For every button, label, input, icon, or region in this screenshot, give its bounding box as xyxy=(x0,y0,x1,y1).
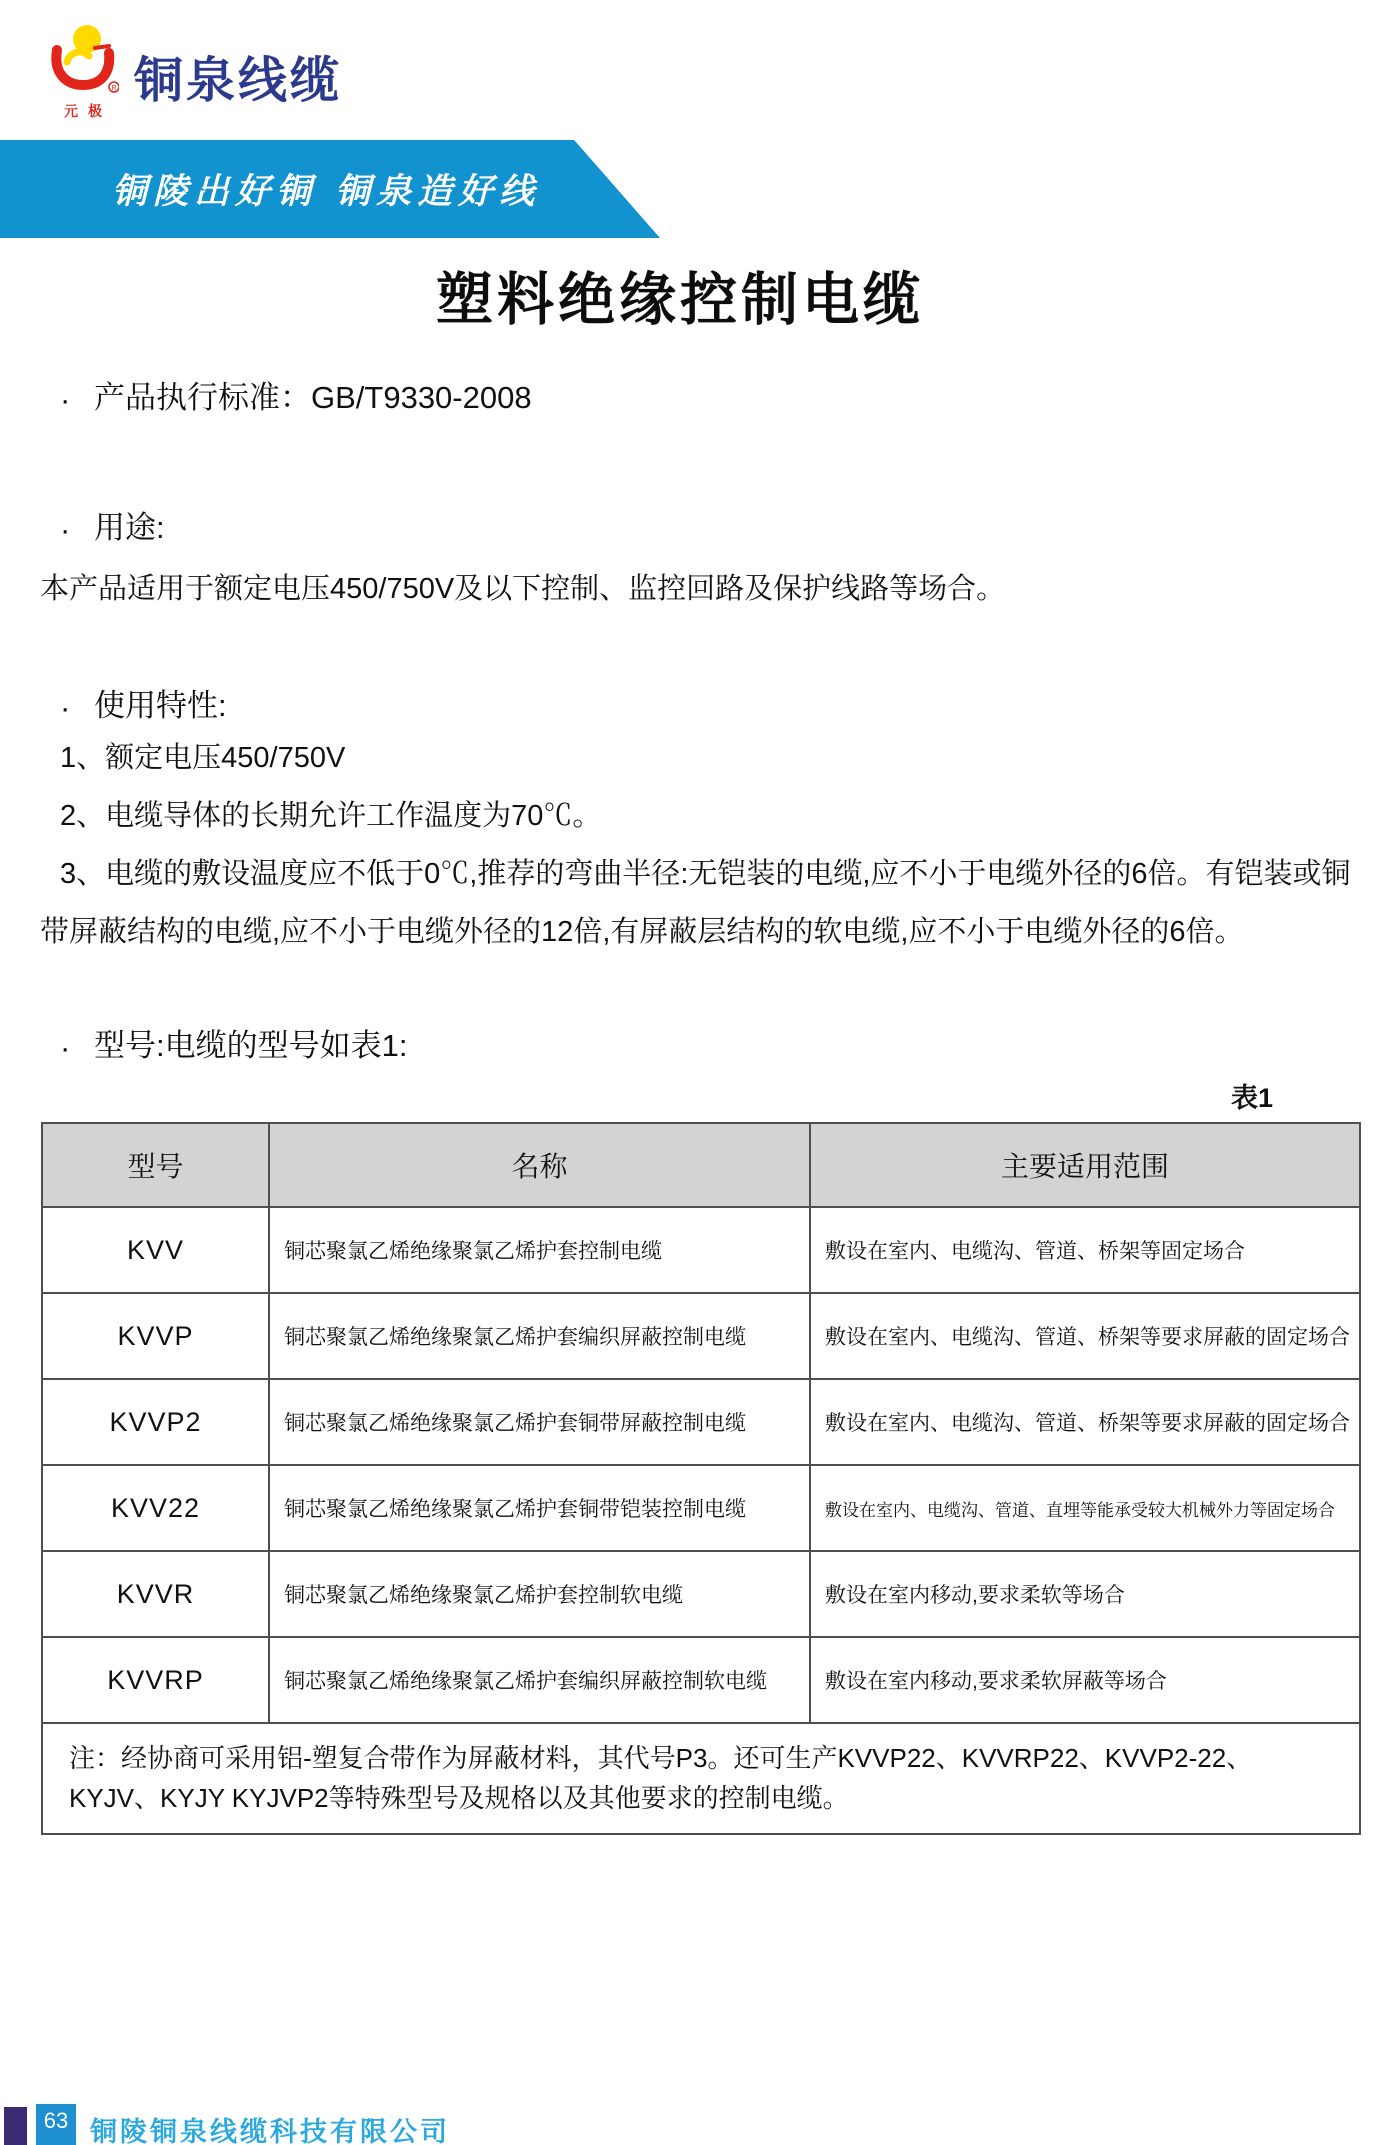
table-row: KVVP 铜芯聚氯乙烯绝缘聚氯乙烯护套编织屏蔽控制电缆 敷设在室内、电缆沟、管道… xyxy=(42,1293,1360,1379)
feature-item: 1、额定电压450/750V xyxy=(40,729,1376,787)
name-cell: 铜芯聚氯乙烯绝缘聚氯乙烯护套控制软电缆 xyxy=(269,1551,810,1637)
brand-logo: R 元极 xyxy=(45,24,121,121)
footer-accent-bar xyxy=(4,2107,27,2145)
table-row: KVVR 铜芯聚氯乙烯绝缘聚氯乙烯护套控制软电缆 敷设在室内移动,要求柔软等场合 xyxy=(42,1551,1360,1637)
svg-text:R: R xyxy=(111,85,116,92)
usage-heading: ·用途: xyxy=(60,502,165,548)
features-heading: ·使用特性: xyxy=(60,680,227,726)
table-row: KVV 铜芯聚氯乙烯绝缘聚氯乙烯护套控制电缆 敷设在室内、电缆沟、管道、桥架等固… xyxy=(42,1207,1360,1293)
features-heading-text: 使用特性: xyxy=(94,688,227,723)
model-cell: KVVP2 xyxy=(42,1379,269,1465)
table-note-row: 注：经协商可采用铝-塑复合带作为屏蔽材料，其代号P3。还可生产KVVP22、KV… xyxy=(42,1723,1360,1834)
range-cell: 敷设在室内、电缆沟、管道、桥架等要求屏蔽的固定场合 xyxy=(810,1293,1360,1379)
slogan-text: 铜陵出好铜 铜泉造好线 xyxy=(0,164,540,214)
column-header-model: 型号 xyxy=(42,1123,269,1207)
column-header-name: 名称 xyxy=(269,1123,810,1207)
catalog-page: R 元极 铜泉线缆 铜陵出好铜 铜泉造好线 塑料绝缘控制电缆 ·产品执行标准：G… xyxy=(0,0,1400,2145)
range-cell: 敷设在室内移动,要求柔软屏蔽等场合 xyxy=(810,1637,1360,1723)
range-cell: 敷设在室内、电缆沟、管道、桥架等要求屏蔽的固定场合 xyxy=(810,1379,1360,1465)
feature-item: 3、电缆的敷设温度应不低于0℃,推荐的弯曲半径:无铠装的电缆,应不小于电缆外径的… xyxy=(40,845,1376,961)
range-cell: 敷设在室内移动,要求柔软等场合 xyxy=(810,1551,1360,1637)
range-cell: 敷设在室内、电缆沟、管道、直埋等能承受较大机械外力等固定场合 xyxy=(810,1465,1360,1551)
page-number-badge: 63 xyxy=(36,2104,76,2145)
model-cell: KVVP xyxy=(42,1293,269,1379)
name-cell: 铜芯聚氯乙烯绝缘聚氯乙烯护套编织屏蔽控制软电缆 xyxy=(269,1637,810,1723)
model-cell: KVVR xyxy=(42,1551,269,1637)
logo-caption: 元极 xyxy=(45,101,121,121)
table-caption: 表1 xyxy=(41,1076,1273,1115)
bullet-dot: · xyxy=(60,690,94,726)
table-row: KVVP2 铜芯聚氯乙烯绝缘聚氯乙烯护套铜带屏蔽控制电缆 敷设在室内、电缆沟、管… xyxy=(42,1379,1360,1465)
usage-heading-text: 用途: xyxy=(94,510,165,545)
name-cell: 铜芯聚氯乙烯绝缘聚氯乙烯护套编织屏蔽控制电缆 xyxy=(269,1293,810,1379)
brand-name: 铜泉线缆 xyxy=(134,42,342,112)
name-cell: 铜芯聚氯乙烯绝缘聚氯乙烯护套铜带屏蔽控制电缆 xyxy=(269,1379,810,1465)
models-heading: ·型号:电缆的型号如表1: xyxy=(60,1020,407,1066)
slogan-banner: 铜陵出好铜 铜泉造好线 xyxy=(0,140,660,238)
model-cell: KVVRP xyxy=(42,1637,269,1723)
standard-text: 产品执行标准：GB/T9330-2008 xyxy=(94,380,532,415)
page-title: 塑料绝缘控制电缆 xyxy=(0,254,1360,336)
bullet-dot: · xyxy=(60,512,94,548)
feature-item: 2、电缆导体的长期允许工作温度为70℃。 xyxy=(40,787,1376,845)
column-header-range: 主要适用范围 xyxy=(810,1123,1360,1207)
table-note: 注：经协商可采用铝-塑复合带作为屏蔽材料，其代号P3。还可生产KVVP22、KV… xyxy=(42,1723,1360,1834)
usage-body: 本产品适用于额定电压450/750V及以下控制、监控回路及保护线路等场合。 xyxy=(40,566,1380,607)
name-cell: 铜芯聚氯乙烯绝缘聚氯乙烯护套控制电缆 xyxy=(269,1207,810,1293)
standard-line: ·产品执行标准：GB/T9330-2008 xyxy=(60,372,532,418)
model-cell: KVV22 xyxy=(42,1465,269,1551)
features-list: 1、额定电压450/750V 2、电缆导体的长期允许工作温度为70℃。 3、电缆… xyxy=(40,729,1376,961)
name-cell: 铜芯聚氯乙烯绝缘聚氯乙烯护套铜带铠装控制电缆 xyxy=(269,1465,810,1551)
table-row: KVVRP 铜芯聚氯乙烯绝缘聚氯乙烯护套编织屏蔽控制软电缆 敷设在室内移动,要求… xyxy=(42,1637,1360,1723)
range-cell: 敷设在室内、电缆沟、管道、桥架等固定场合 xyxy=(810,1207,1360,1293)
footer-company-name: 铜陵铜泉线缆科技有限公司 xyxy=(90,2110,450,2145)
model-cell: KVV xyxy=(42,1207,269,1293)
table-header-row: 型号 名称 主要适用范围 xyxy=(42,1123,1360,1207)
bullet-dot: · xyxy=(60,382,94,418)
sun-bowl-logo-icon: R xyxy=(47,81,119,98)
models-heading-text: 型号:电缆的型号如表1: xyxy=(94,1028,407,1063)
bullet-dot: · xyxy=(60,1030,94,1066)
models-table: 型号 名称 主要适用范围 KVV 铜芯聚氯乙烯绝缘聚氯乙烯护套控制电缆 敷设在室… xyxy=(41,1122,1361,1835)
table-row: KVV22 铜芯聚氯乙烯绝缘聚氯乙烯护套铜带铠装控制电缆 敷设在室内、电缆沟、管… xyxy=(42,1465,1360,1551)
